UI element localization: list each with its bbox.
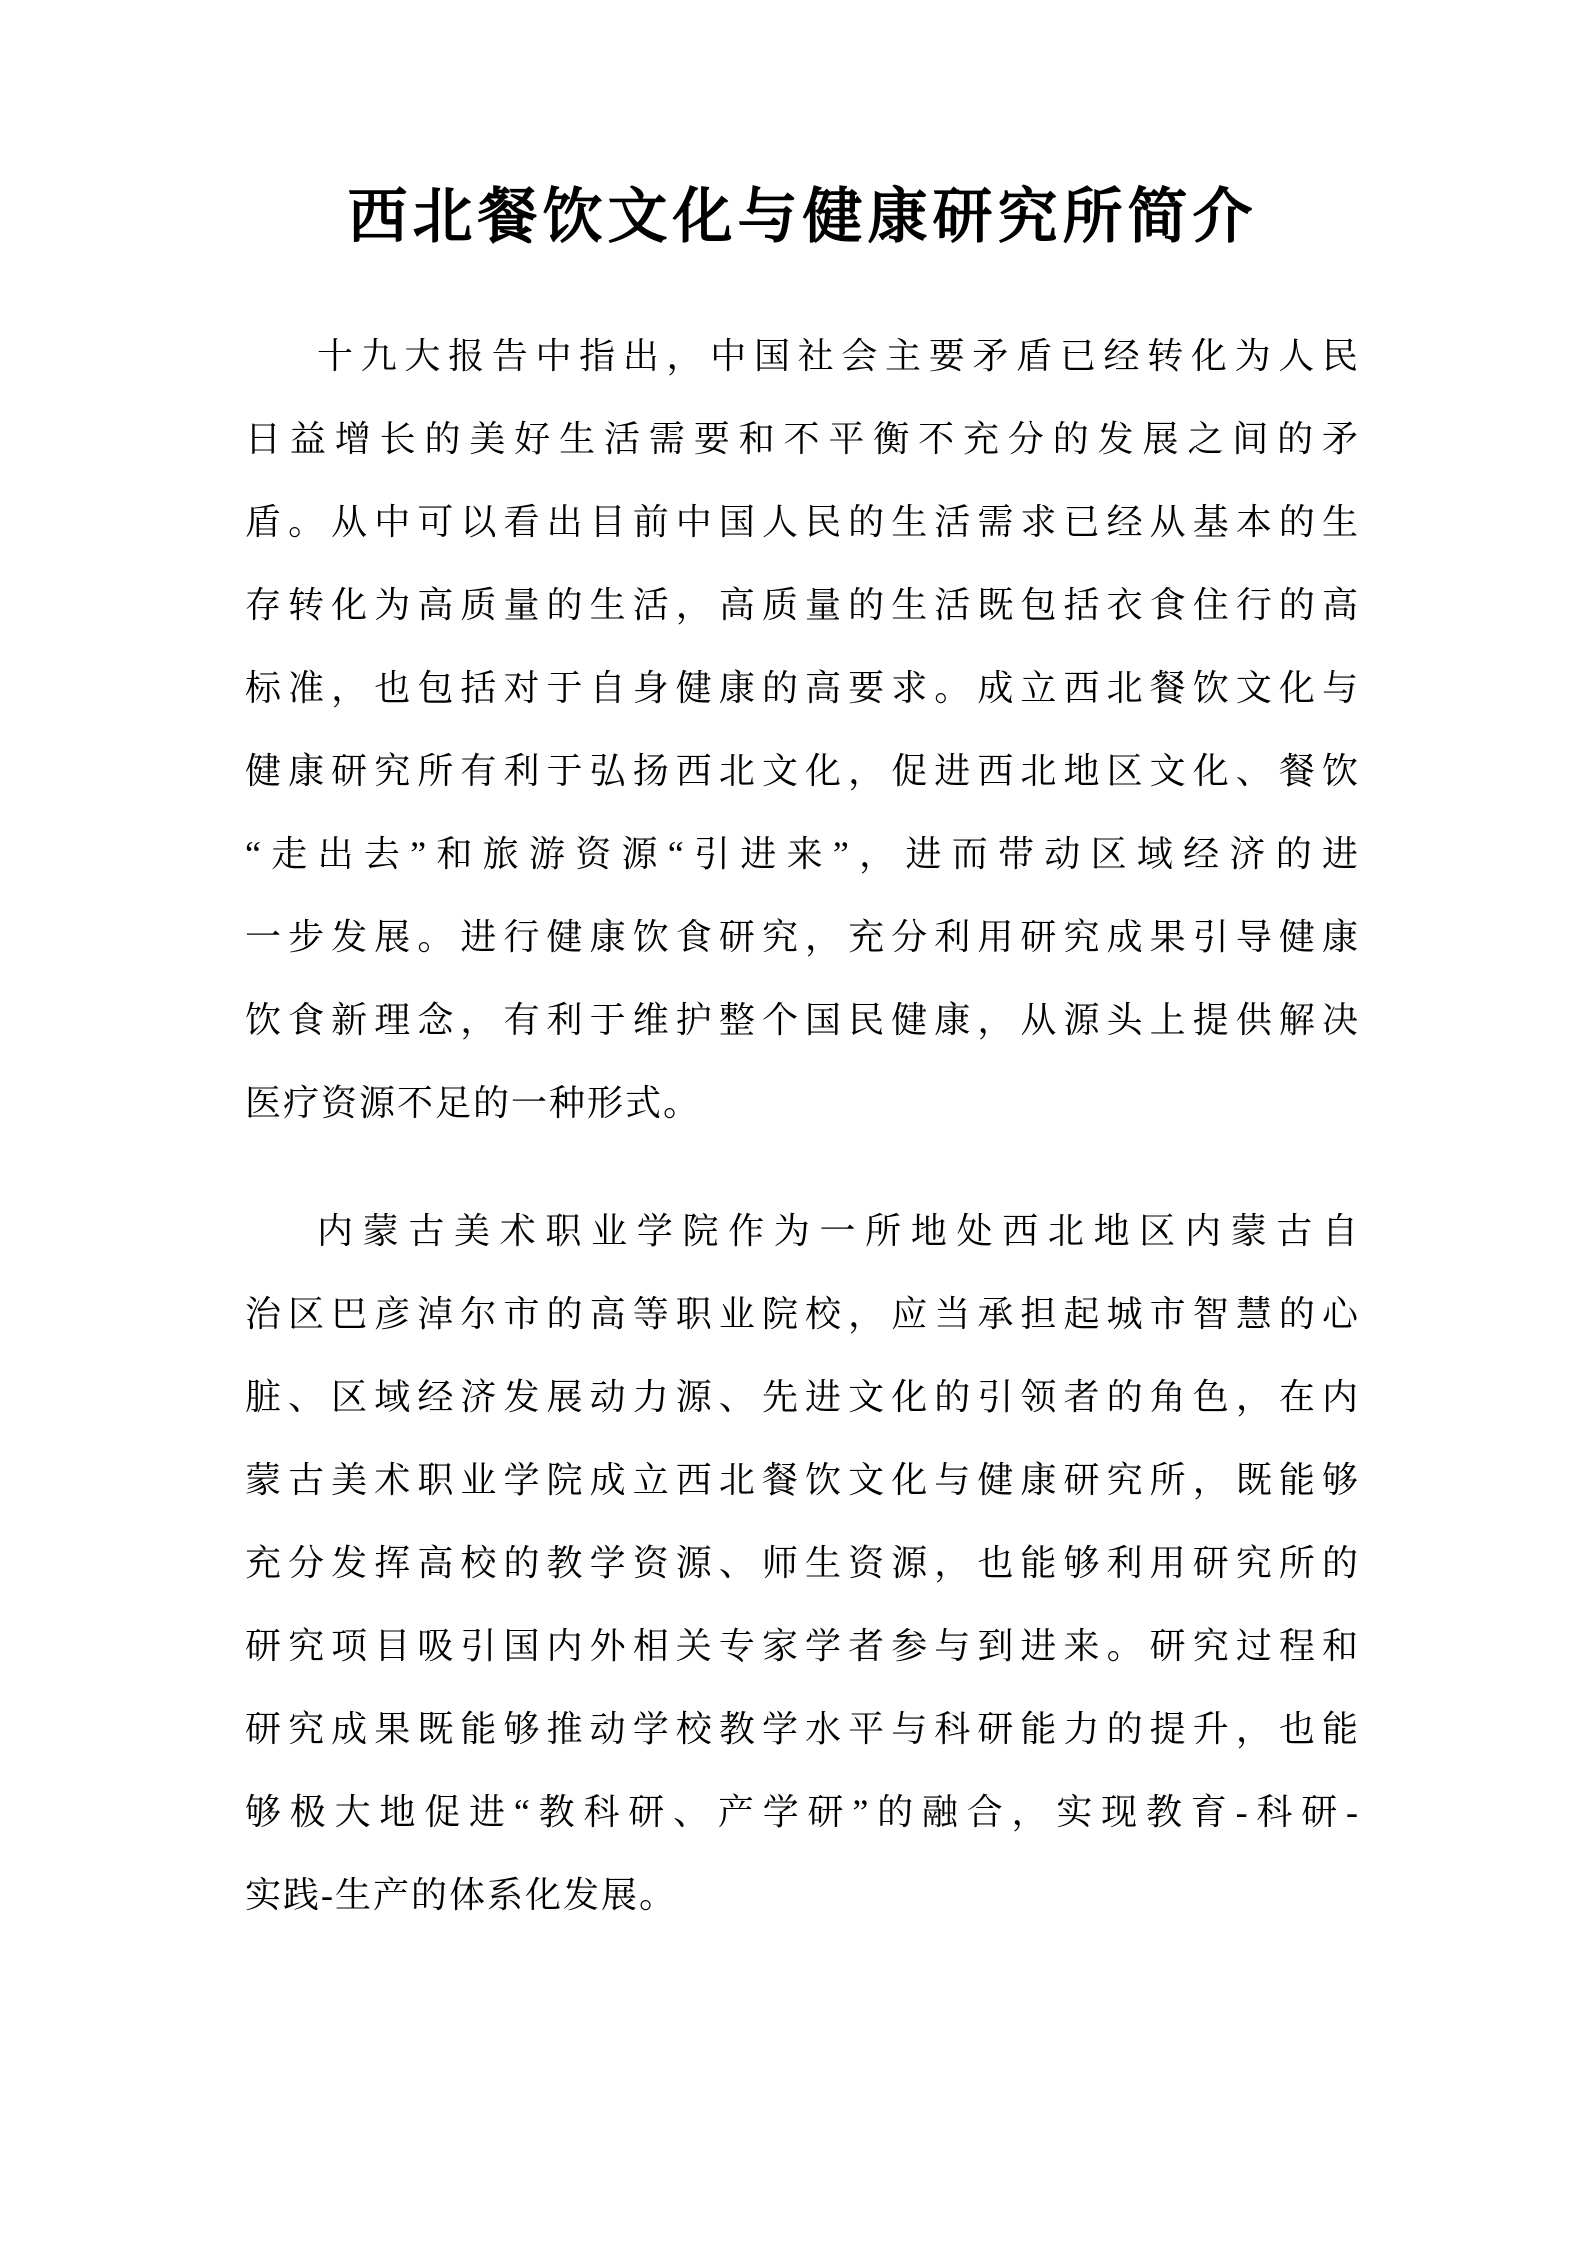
text-line: 治区巴彦淖尔市的高等职业院校，应当承担起城市智慧的心 bbox=[245, 1273, 1360, 1356]
text-line: 标准，也包括对于自身健康的高要求。成立西北餐饮文化与 bbox=[245, 647, 1360, 730]
text-line: 饮食新理念，有利于维护整个国民健康，从源头上提供解决 bbox=[245, 979, 1360, 1062]
document-body: 十九大报告中指出，中国社会主要矛盾已经转化为人民日益增长的美好生活需要和不平衡不… bbox=[245, 315, 1360, 1937]
text-line: 蒙古美术职业学院成立西北餐饮文化与健康研究所，既能够 bbox=[245, 1439, 1360, 1522]
text-line: 健康研究所有利于弘扬西北文化，促进西北地区文化、餐饮 bbox=[245, 730, 1360, 813]
document-title: 西北餐饮文化与健康研究所简介 bbox=[245, 170, 1360, 265]
text-line: 研究成果既能够推动学校教学水平与科研能力的提升，也能 bbox=[245, 1688, 1360, 1771]
text-line: 研究项目吸引国内外相关专家学者参与到进来。研究过程和 bbox=[245, 1605, 1360, 1688]
text-line: 内蒙古美术职业学院作为一所地处西北地区内蒙古自 bbox=[245, 1190, 1360, 1273]
text-line: “走出去”和旅游资源“引进来”，进而带动区域经济的进 bbox=[245, 813, 1360, 896]
paragraph: 内蒙古美术职业学院作为一所地处西北地区内蒙古自治区巴彦淖尔市的高等职业院校，应当… bbox=[245, 1190, 1360, 1937]
text-line: 医疗资源不足的一种形式。 bbox=[245, 1062, 1360, 1145]
text-line: 充分发挥高校的教学资源、师生资源，也能够利用研究所的 bbox=[245, 1522, 1360, 1605]
text-line: 盾。从中可以看出目前中国人民的生活需求已经从基本的生 bbox=[245, 481, 1360, 564]
text-line: 够极大地促进“教科研、产学研”的融合，实现教育-科研- bbox=[245, 1771, 1360, 1854]
paragraph: 十九大报告中指出，中国社会主要矛盾已经转化为人民日益增长的美好生活需要和不平衡不… bbox=[245, 315, 1360, 1145]
text-line: 十九大报告中指出，中国社会主要矛盾已经转化为人民 bbox=[245, 315, 1360, 398]
text-line: 存转化为高质量的生活，高质量的生活既包括衣食住行的高 bbox=[245, 564, 1360, 647]
text-line: 日益增长的美好生活需要和不平衡不充分的发展之间的矛 bbox=[245, 398, 1360, 481]
document-page: 西北餐饮文化与健康研究所简介 十九大报告中指出，中国社会主要矛盾已经转化为人民日… bbox=[245, 170, 1360, 1982]
text-line: 脏、区域经济发展动力源、先进文化的引领者的角色，在内 bbox=[245, 1356, 1360, 1439]
text-line: 一步发展。进行健康饮食研究，充分利用研究成果引导健康 bbox=[245, 896, 1360, 979]
text-line: 实践-生产的体系化发展。 bbox=[245, 1854, 1360, 1937]
